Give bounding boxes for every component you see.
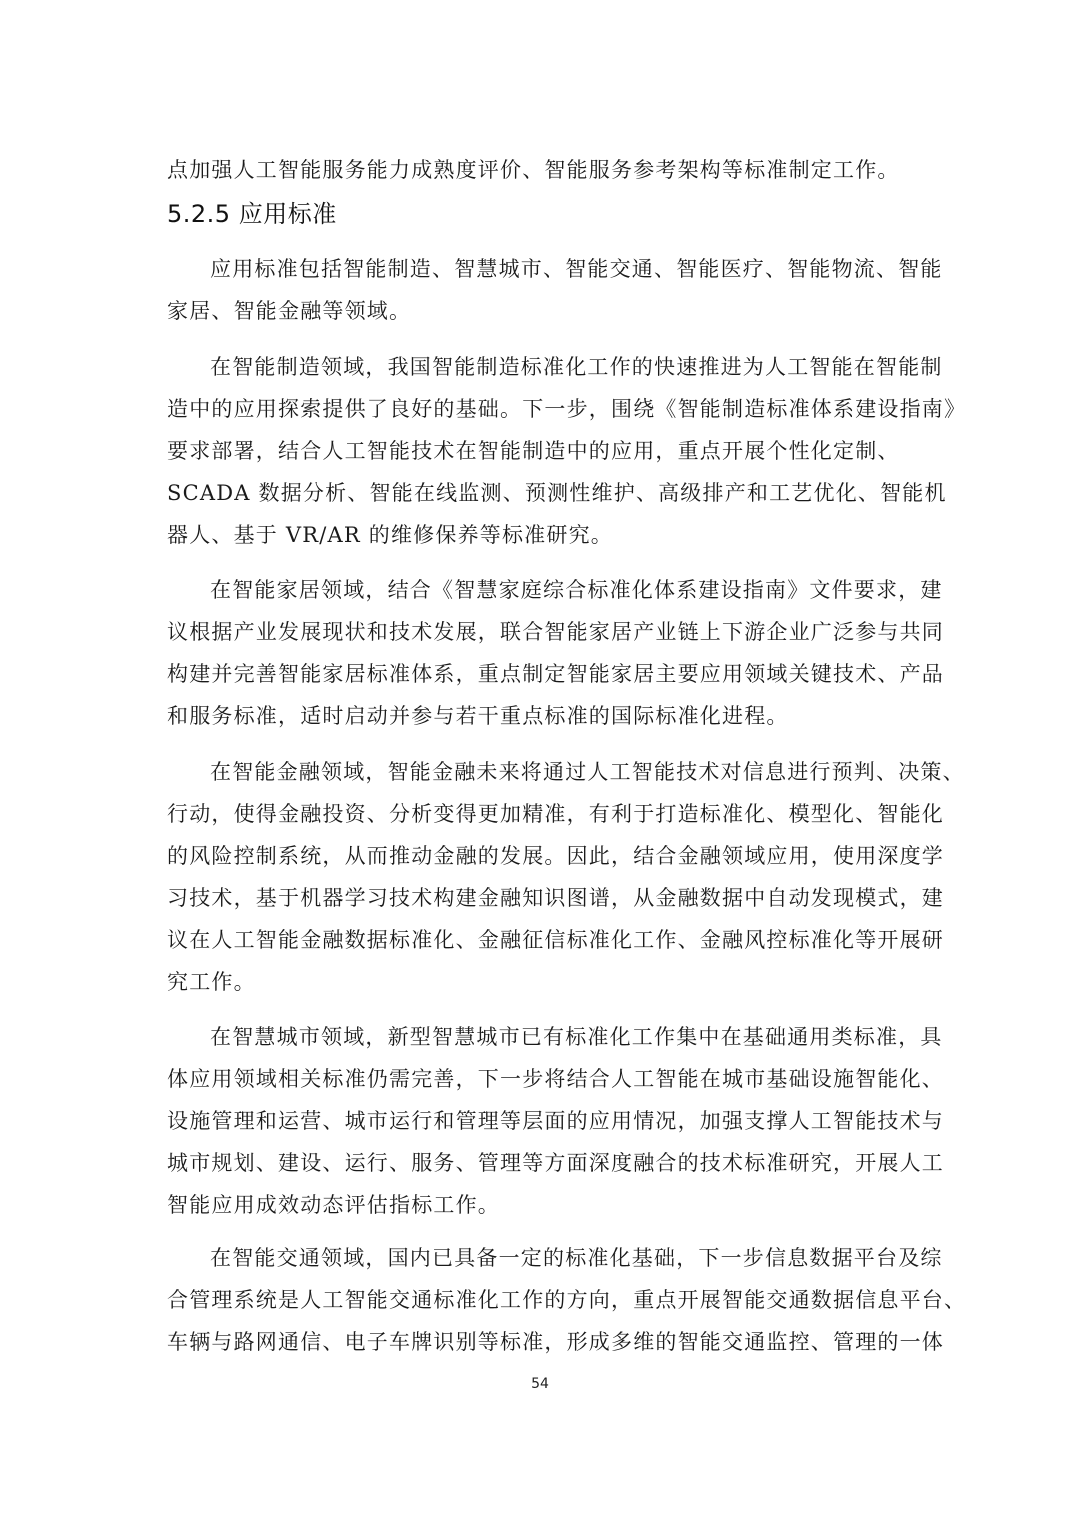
paragraph-line: 在智能交通领域，国内已具备一定的标准化基础，下一步信息数据平台及综 — [210, 1243, 970, 1273]
paragraph-line: 行动，使得金融投资、分析变得更加精准，有利于打造标准化、模型化、智能化 — [167, 799, 927, 829]
paragraph-line: 车辆与路网通信、电子车牌识别等标准，形成多维的智能交通监控、管理的一体 — [167, 1327, 927, 1357]
paragraph-line: 家居、智能金融等领域。 — [167, 296, 927, 326]
paragraph-line: 习技术，基于机器学习技术构建金融知识图谱，从金融数据中自动发现模式，建 — [167, 883, 927, 913]
paragraph-line: 的风险控制系统，从而推动金融的发展。因此，结合金融领域应用，使用深度学 — [167, 841, 927, 871]
paragraph-line: 在智能制造领域，我国智能制造标准化工作的快速推进为人工智能在智能制 — [210, 352, 970, 382]
paragraph-line: 造中的应用探索提供了良好的基础。下一步，围绕《智能制造标准体系建设指南》 — [167, 394, 927, 424]
paragraph-line: 议根据产业发展现状和技术发展，联合智能家居产业链上下游企业广泛参与共同 — [167, 617, 927, 647]
paragraph-line: 应用标准包括智能制造、智慧城市、智能交通、智能医疗、智能物流、智能 — [210, 254, 970, 284]
paragraph-line: 合管理系统是人工智能交通标准化工作的方向，重点开展智能交通数据信息平台、 — [167, 1285, 927, 1315]
paragraph-line: 和服务标准，适时启动并参与若干重点标准的国际标准化进程。 — [167, 701, 927, 731]
document-page: 点加强人工智能服务能力成熟度评价、智能服务参考架构等标准制定工作。 5.2.5 … — [0, 0, 1080, 1527]
paragraph-line: 器人、基于 VR/AR 的维修保养等标准研究。 — [167, 520, 927, 550]
paragraph-line: 智能应用成效动态评估指标工作。 — [167, 1190, 927, 1220]
paragraph-line: 在智能家居领域，结合《智慧家庭综合标准化体系建设指南》文件要求，建 — [210, 575, 970, 605]
paragraph-line: 究工作。 — [167, 967, 927, 997]
paragraph-line: 要求部署，结合人工智能技术在智能制造中的应用，重点开展个性化定制、 — [167, 436, 927, 466]
paragraph-line: 设施管理和运营、城市运行和管理等层面的应用情况，加强支撑人工智能技术与 — [167, 1106, 927, 1136]
paragraph-line: 体应用领域相关标准仍需完善，下一步将结合人工智能在城市基础设施智能化、 — [167, 1064, 927, 1094]
paragraph-line: 城市规划、建设、运行、服务、管理等方面深度融合的技术标准研究，开展人工 — [167, 1148, 927, 1178]
section-heading: 5.2.5 应用标准 — [167, 197, 337, 231]
paragraph-line: 在智能金融领域，智能金融未来将通过人工智能技术对信息进行预判、决策、 — [210, 757, 970, 787]
page-number: 54 — [0, 1376, 1080, 1392]
paragraph-line: 议在人工智能金融数据标准化、金融征信标准化工作、金融风控标准化等开展研 — [167, 925, 927, 955]
paragraph-line: SCADA 数据分析、智能在线监测、预测性维护、高级排产和工艺优化、智能机 — [167, 478, 927, 508]
intro-line: 点加强人工智能服务能力成熟度评价、智能服务参考架构等标准制定工作。 — [167, 155, 927, 185]
paragraph-line: 构建并完善智能家居标准体系，重点制定智能家居主要应用领域关键技术、产品 — [167, 659, 927, 689]
paragraph-line: 在智慧城市领域，新型智慧城市已有标准化工作集中在基础通用类标准，具 — [210, 1022, 970, 1052]
